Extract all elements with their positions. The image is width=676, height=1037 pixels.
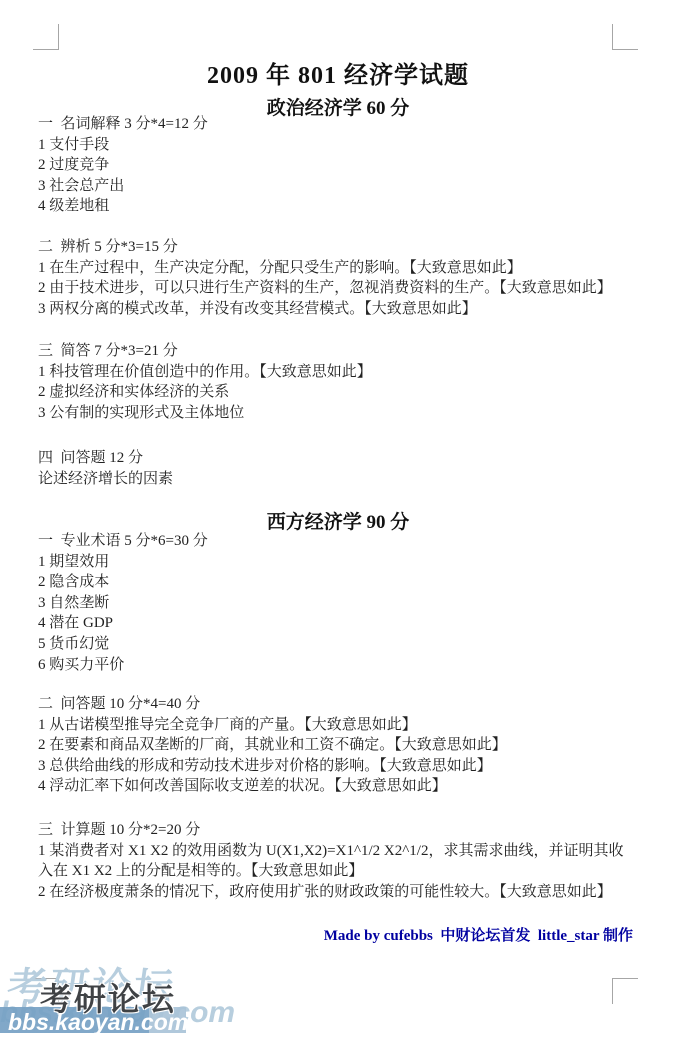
section-heading-western-economics: 西方经济学 90 分 [0, 507, 676, 534]
document-title: 2009 年 801 经济学试题 [0, 55, 676, 90]
question-line: 2 在经济极度萧条的情况下，政府使用扩张的财政政策的可能性较大。【大致意思如此】 [38, 882, 642, 903]
question-line: 1 支付手段 [38, 135, 642, 156]
question-line: 2 隐含成本 [38, 572, 642, 593]
question-group-noun-definitions: 一 名词解释 3 分*4=12 分1 支付手段2 过度竞争3 社会总产出4 级差… [38, 114, 642, 217]
question-line: 2 在要素和商品双垄断的厂商，其就业和工资不确定。【大致意思如此】 [38, 735, 642, 756]
question-line: 1 从古诺模型推导完全竞争厂商的产量。【大致意思如此】 [38, 715, 642, 736]
question-line: 2 虚拟经济和实体经济的关系 [38, 382, 642, 403]
footer-credit: Made by cufebbs 中财论坛首发 little_star 制作 [0, 924, 633, 945]
question-line: 1 科技管理在价值创造中的作用。【大致意思如此】 [38, 362, 642, 383]
question-line: 二 问答题 10 分*4=40 分 [38, 694, 642, 715]
question-group-short-answer: 三 简答 7 分*3=21 分1 科技管理在价值创造中的作用。【大致意思如此】2… [38, 341, 642, 423]
question-group-calculation: 三 计算题 10 分*2=20 分1 某消费者对 X1 X2 的效用函数为 U(… [38, 820, 642, 902]
exam-document-page: 2009 年 801 经济学试题 政治经济学 60 分 西方经济学 90 分 一… [0, 0, 676, 1037]
question-line: 3 公有制的实现形式及主体地位 [38, 403, 642, 424]
watermark-forum-url: bbs.kaoyan.com [8, 1009, 188, 1036]
question-line: 论述经济增长的因素 [38, 469, 642, 490]
question-line: 4 级差地租 [38, 196, 642, 217]
question-line: 四 问答题 12 分 [38, 448, 642, 469]
question-line: 5 货币幻觉 [38, 634, 642, 655]
question-line: 6 购买力平价 [38, 655, 642, 676]
question-line: 2 过度竞争 [38, 155, 642, 176]
crop-mark-top-left [33, 24, 59, 50]
question-line: 3 社会总产出 [38, 176, 642, 197]
question-line: 1 在生产过程中，生产决定分配，分配只受生产的影响。【大致意思如此】 [38, 258, 642, 279]
question-line: 1 期望效用 [38, 552, 642, 573]
question-line: 1 某消费者对 X1 X2 的效用函数为 U(X1,X2)=X1^1/2 X2^… [38, 841, 642, 862]
question-line: 3 两权分离的模式改革，并没有改变其经营模式。【大致意思如此】 [38, 299, 642, 320]
question-line: 一 名词解释 3 分*4=12 分 [38, 114, 642, 135]
crop-mark-top-right [612, 24, 638, 50]
question-group-qa: 二 问答题 10 分*4=40 分1 从古诺模型推导完全竞争厂商的产量。【大致意… [38, 694, 642, 797]
question-line: 一 专业术语 5 分*6=30 分 [38, 531, 642, 552]
question-line: 三 简答 7 分*3=21 分 [38, 341, 642, 362]
question-line: 4 潜在 GDP [38, 613, 642, 634]
question-line: 3 自然垄断 [38, 593, 642, 614]
question-group-analysis: 二 辨析 5 分*3=15 分1 在生产过程中，生产决定分配，分配只受生产的影响… [38, 237, 642, 319]
question-line: 2 由于技术进步，可以只进行生产资料的生产，忽视消费资料的生产。【大致意思如此】 [38, 278, 642, 299]
crop-mark-bottom-right [612, 978, 638, 1004]
question-line: 3 总供给曲线的形成和劳动技术进步对价格的影响。【大致意思如此】 [38, 756, 642, 777]
question-group-essay: 四 问答题 12 分论述经济增长的因素 [38, 448, 642, 489]
question-group-terminology: 一 专业术语 5 分*6=30 分1 期望效用2 隐含成本3 自然垄断4 潜在 … [38, 531, 642, 675]
question-line: 三 计算题 10 分*2=20 分 [38, 820, 642, 841]
question-line: 入在 X1 X2 上的分配是相等的。【大致意思如此】 [38, 861, 642, 882]
question-line: 二 辨析 5 分*3=15 分 [38, 237, 642, 258]
question-line: 4 浮动汇率下如何改善国际收支逆差的状况。【大致意思如此】 [38, 776, 642, 797]
